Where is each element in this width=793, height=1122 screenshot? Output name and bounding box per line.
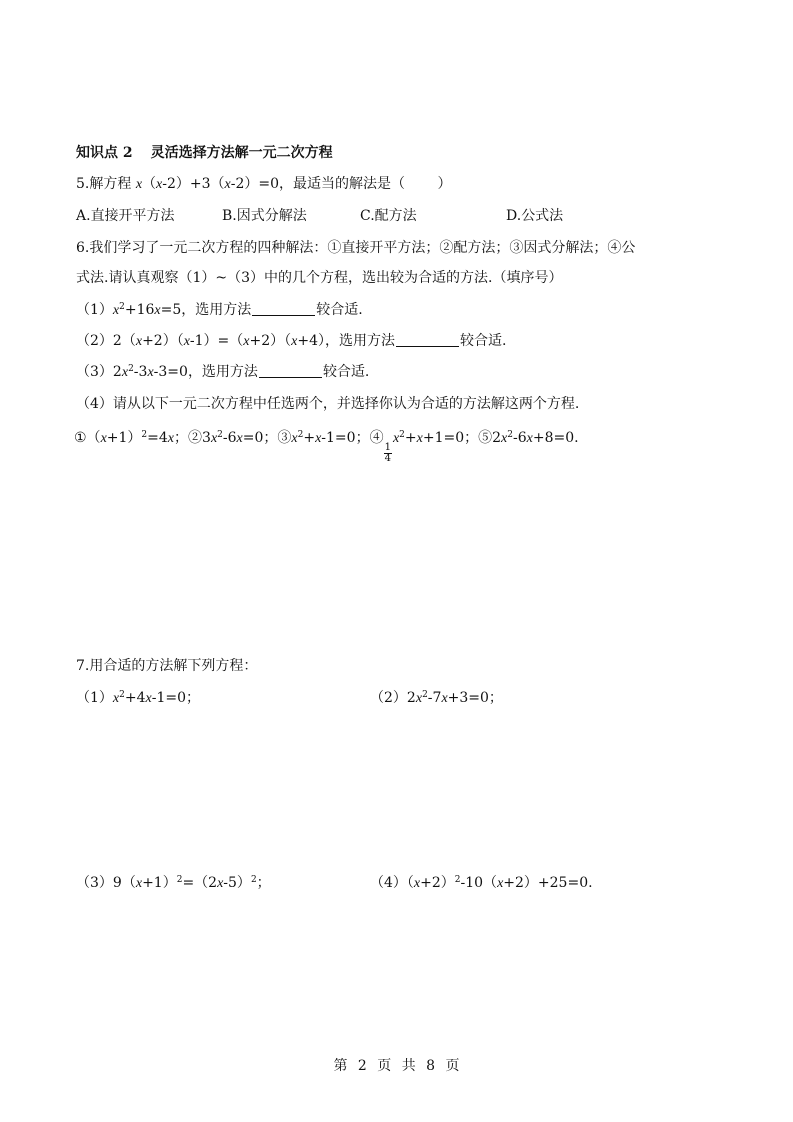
question-7-part1: （1）x2+4x-1=0； (76, 688, 200, 709)
page-footer: 第 2 页 共 8 页 (0, 1055, 793, 1075)
question-7-part3: （3）9（x+1）2=（2x-5）2； (76, 873, 271, 894)
question-6-intro-line1: 6.我们学习了一元二次方程的四种解法：①直接开平方法；②配方法；③因式分解法；④… (76, 238, 635, 258)
question-6-part4: （4）请从以下一元二次方程中任选两个，并选择你认为合适的方法解这两个方程. (76, 394, 579, 414)
question-6-part3: （3）2x2-3x-3=0，选用方法较合适. (76, 362, 369, 383)
fraction-one-quarter: 14 (384, 443, 392, 464)
question-5: 5.解方程 x（x-2）+3（x-2）=0，最适当的解法是（ ） (76, 174, 451, 195)
question-6-part2: （2）2（x+2）（x-1）=（x+2）（x+4），选用方法较合适. (76, 331, 506, 352)
question-7-title: 7.用合适的方法解下列方程： (76, 656, 257, 676)
question-7-part4: （4）（x+2）2-10（x+2）+25=0. (370, 873, 593, 894)
question-6-part1: （1）x2+16x=5，选用方法较合适. (76, 300, 363, 321)
answer-blank-3[interactable] (259, 363, 322, 378)
option-b[interactable]: B.因式分解法 (222, 206, 360, 226)
question-5-options: A.直接开平方法B.因式分解法C.配方法D.公式法 (76, 206, 563, 226)
section-heading: 知识点 2灵活选择方法解一元二次方程 (76, 143, 333, 163)
answer-blank-2[interactable] (396, 332, 459, 347)
question-6-equation-list: ①（x+1）2=4x；②3x2-6x=0；③x2+x-1=0；④14x2+x+1… (74, 428, 579, 464)
option-a[interactable]: A.直接开平方法 (76, 206, 222, 226)
option-c[interactable]: C.配方法 (360, 206, 506, 226)
question-7-part2: （2）2x2-7x+3=0； (370, 688, 503, 709)
section-title: 灵活选择方法解一元二次方程 (151, 145, 333, 161)
option-d[interactable]: D.公式法 (506, 206, 563, 226)
question-6-intro-line2: 式法.请认真观察（1）~（3）中的几个方程，选出较为合适的方法.（填序号） (76, 268, 562, 288)
section-label: 知识点 2 (76, 145, 133, 161)
answer-blank-1[interactable] (252, 301, 315, 316)
page-number-text: 第 2 页 共 8 页 (333, 1058, 459, 1074)
